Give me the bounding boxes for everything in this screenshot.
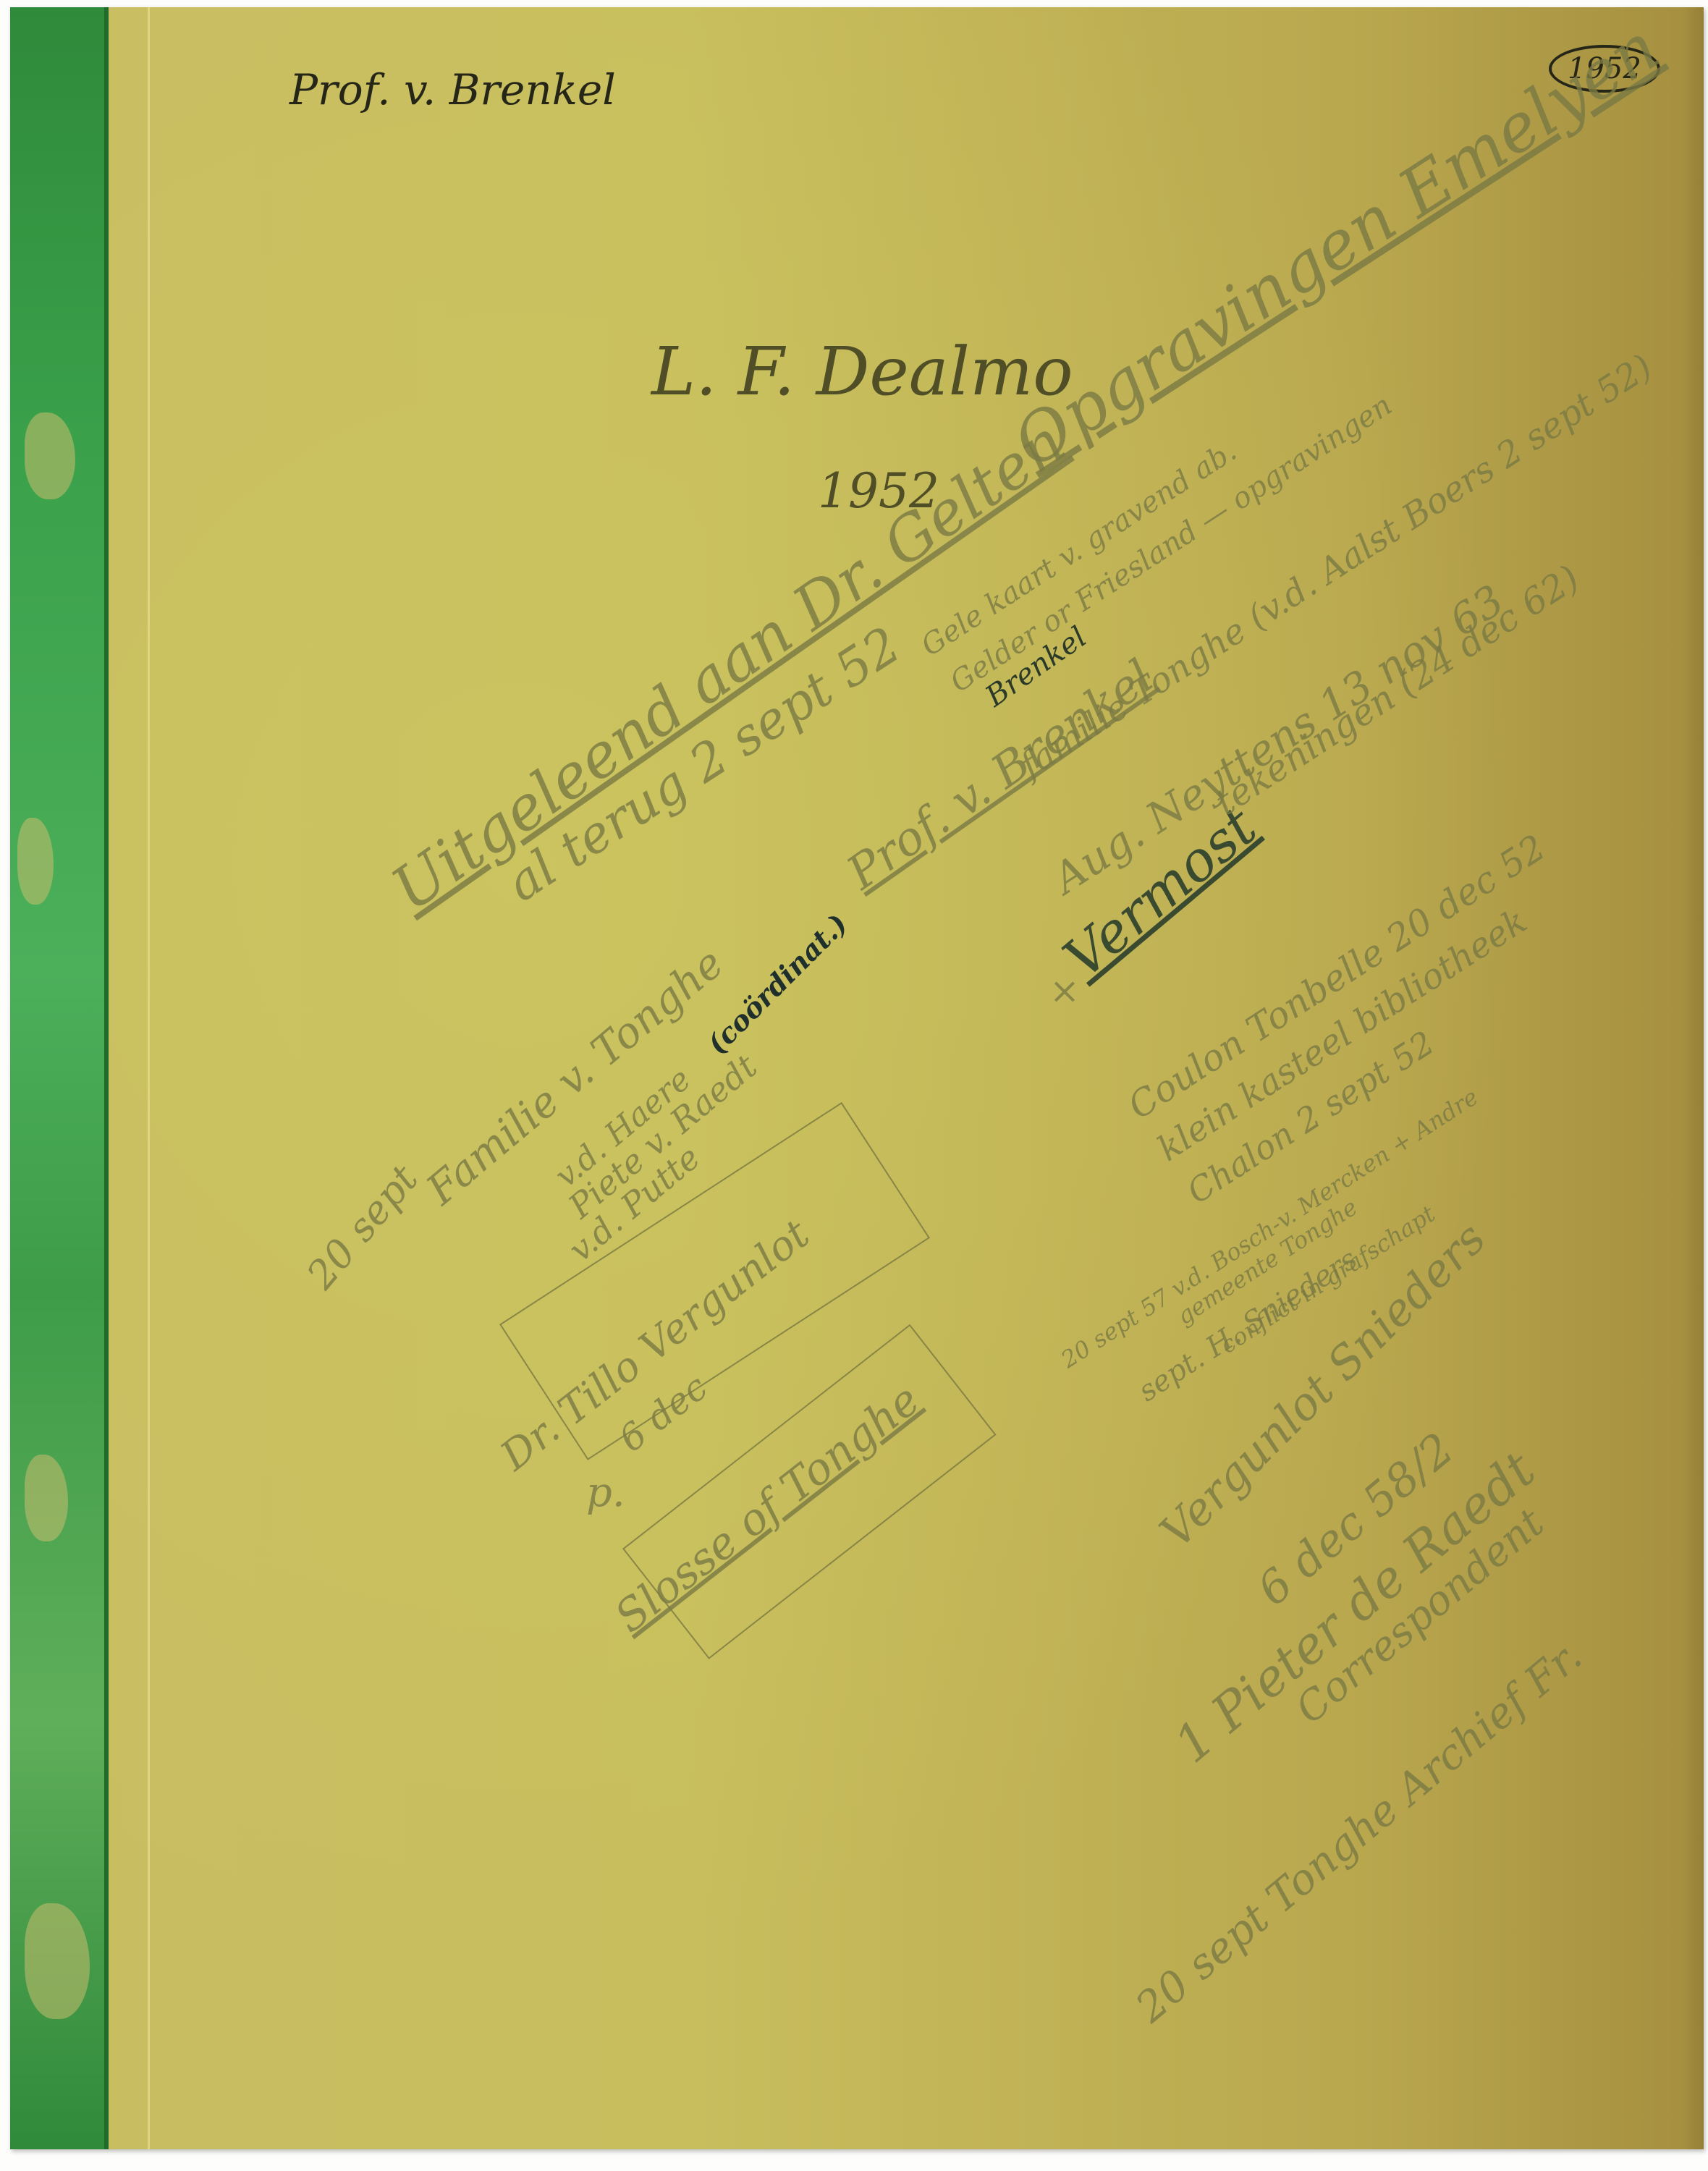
- note-x-mark: ×: [1049, 970, 1080, 1012]
- document-title: L. F. Dealmo: [651, 333, 1073, 410]
- spine-wear-mark: [17, 818, 54, 905]
- note-box-1-line-3: p.: [586, 1469, 625, 1516]
- green-cloth-spine: [10, 7, 109, 2149]
- folder-cover: [10, 7, 1704, 2149]
- cover-right-edge: [1682, 7, 1704, 2149]
- spine-wear-mark: [25, 1455, 68, 1541]
- spine-wear-mark: [25, 412, 75, 499]
- cover-fold-line: [148, 7, 150, 2149]
- spine-wear-mark: [25, 1903, 90, 2019]
- owner-label: Prof. v. Brenkel: [289, 65, 616, 114]
